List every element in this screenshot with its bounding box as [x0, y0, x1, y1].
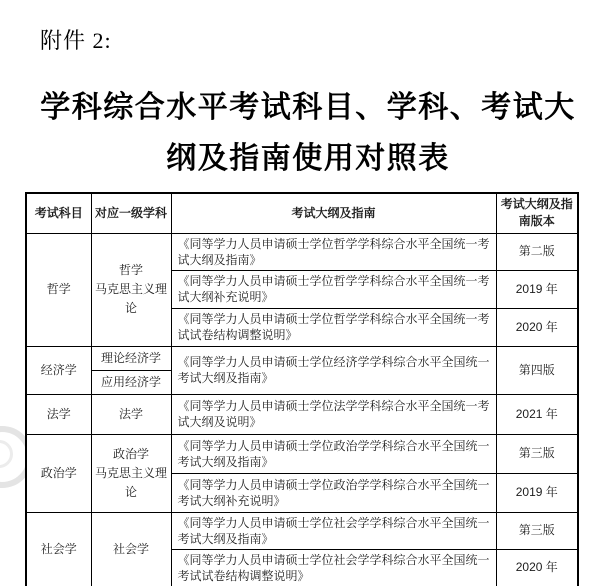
discipline-cell: 社会学 — [91, 512, 171, 586]
discipline-cell: 政治学 马克思主义理论 — [91, 434, 171, 512]
discipline-cell: 应用经济学 — [91, 370, 171, 394]
version-cell: 2019 年 — [496, 473, 578, 512]
header-version: 考试大纲及指南版本 — [496, 193, 578, 233]
version-cell: 第四版 — [496, 346, 578, 394]
document-page: 附件 2: 学科综合水平考试科目、学科、考试大 纲及指南使用对照表 考试科目 对… — [0, 0, 601, 586]
discipline-line: 马克思主义理论 — [94, 280, 169, 318]
guide-cell: 《同等学力人员申请硕士学位政治学学科综合水平全国统一考试大纲补充说明》 — [171, 473, 496, 512]
subject-cell: 法学 — [26, 394, 91, 434]
table-header-row: 考试科目 对应一级学科 考试大纲及指南 考试大纲及指南版本 — [26, 193, 578, 233]
subject-cell: 政治学 — [26, 434, 91, 512]
discipline-line: 哲学 — [94, 261, 169, 280]
guide-cell: 《同等学力人员申请硕士学位哲学学科综合水平全国统一考试大纲及指南》 — [171, 233, 496, 270]
subject-cell: 社会学 — [26, 512, 91, 586]
discipline-cell: 哲学 马克思主义理论 — [91, 233, 171, 346]
header-guide: 考试大纲及指南 — [171, 193, 496, 233]
subject-cell: 经济学 — [26, 346, 91, 394]
version-cell: 2019 年 — [496, 270, 578, 308]
document-title-line2: 纲及指南使用对照表 — [22, 133, 594, 184]
table-row: 经济学 理论经济学 《同等学力人员申请硕士学位经济学学科综合水平全国统一考试大纲… — [26, 346, 578, 370]
table-row: 社会学 社会学 《同等学力人员申请硕士学位社会学学科综合水平全国统一考试大纲及指… — [26, 512, 578, 549]
version-cell: 第三版 — [496, 512, 578, 549]
guide-cell: 《同等学力人员申请硕士学位哲学学科综合水平全国统一考试大纲补充说明》 — [171, 270, 496, 308]
discipline-line: 政治学 — [94, 445, 169, 464]
watermark-ring-inner — [0, 440, 13, 468]
version-cell: 2020 年 — [496, 549, 578, 586]
version-cell: 2020 年 — [496, 308, 578, 346]
document-title: 学科综合水平考试科目、学科、考试大 纲及指南使用对照表 — [22, 82, 594, 184]
attachment-label: 附件 2: — [40, 24, 112, 55]
guide-cell: 《同等学力人员申请硕士学位政治学学科综合水平全国统一考试大纲及指南》 — [171, 434, 496, 473]
header-discipline: 对应一级学科 — [91, 193, 171, 233]
guide-cell: 《同等学力人员申请硕士学位哲学学科综合水平全国统一考试试卷结构调整说明》 — [171, 308, 496, 346]
discipline-cell: 理论经济学 — [91, 346, 171, 370]
header-subject: 考试科目 — [26, 193, 91, 233]
guide-cell: 《同等学力人员申请硕士学位社会学学科综合水平全国统一考试试卷结构调整说明》 — [171, 549, 496, 586]
comparison-table: 考试科目 对应一级学科 考试大纲及指南 考试大纲及指南版本 哲学 哲学 马克思主… — [25, 192, 579, 586]
discipline-cell: 法学 — [91, 394, 171, 434]
version-cell: 2021 年 — [496, 394, 578, 434]
guide-cell: 《同等学力人员申请硕士学位法学学科综合水平全国统一考试大纲及说明》 — [171, 394, 496, 434]
table-row: 哲学 哲学 马克思主义理论 《同等学力人员申请硕士学位哲学学科综合水平全国统一考… — [26, 233, 578, 270]
guide-cell: 《同等学力人员申请硕士学位经济学学科综合水平全国统一考试大纲及指南》 — [171, 346, 496, 394]
document-title-line1: 学科综合水平考试科目、学科、考试大 — [22, 82, 594, 133]
discipline-line: 马克思主义理论 — [94, 464, 169, 502]
version-cell: 第三版 — [496, 434, 578, 473]
subject-cell: 哲学 — [26, 233, 91, 346]
guide-cell: 《同等学力人员申请硕士学位社会学学科综合水平全国统一考试大纲及指南》 — [171, 512, 496, 549]
table-row: 政治学 政治学 马克思主义理论 《同等学力人员申请硕士学位政治学学科综合水平全国… — [26, 434, 578, 473]
version-cell: 第二版 — [496, 233, 578, 270]
table-row: 法学 法学 《同等学力人员申请硕士学位法学学科综合水平全国统一考试大纲及说明》 … — [26, 394, 578, 434]
